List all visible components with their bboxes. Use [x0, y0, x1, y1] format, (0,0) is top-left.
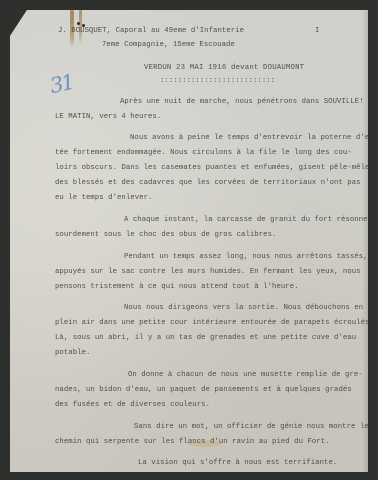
paragraph-line: des fusées et de diverses couleurs.	[55, 401, 210, 409]
document-title: VERDUN 23 MAI 1916 devant DOUAUMONT	[144, 64, 304, 72]
paragraph-line: LE MATIN, vers 4 heures.	[55, 113, 161, 121]
pinhole-mark	[77, 22, 80, 25]
handwritten-number: 31	[48, 70, 75, 98]
paragraph-line: potable.	[55, 349, 90, 357]
paragraph-line: sourdement sous le choc des obus de gros…	[55, 231, 276, 239]
paragraph-line: eu le temps d'enlever.	[55, 194, 152, 202]
title-underline: ::::::::::::::::::::::::::	[160, 77, 275, 85]
paragraph-line: plein air dans une petite cour intérieur…	[55, 319, 369, 327]
paper-edge-shadow	[362, 10, 368, 472]
page-number: I	[315, 27, 319, 35]
paragraph-line: Là, sous un abri, il y a un tas de grena…	[55, 334, 356, 342]
paragraph-line: A chaque instant, la carcasse de granit …	[124, 216, 368, 224]
paragraph-line: appuyés sur le sac contre les murs humid…	[55, 268, 361, 276]
paragraph-line: Après une nuit de marche, nous pénétrons…	[120, 98, 364, 106]
author-line: J. BOUSQUET, Caporal au 49eme d'Infanter…	[58, 27, 244, 35]
paragraph-line: pensons tristement à ce qui nous attend …	[55, 283, 299, 291]
paragraph-line: tée fortement endommagée. Nous circulons…	[55, 149, 352, 157]
paragraph-line: On donne à chacun de nous une musette re…	[128, 371, 363, 379]
paragraph-line: des blessés et des cadavres que les corv…	[55, 179, 361, 187]
paragraph-line: La vision qui s'offre à nous est terrifi…	[138, 459, 337, 467]
paragraph-line: loirs obscurs. Dans les casemates puante…	[55, 164, 369, 172]
paragraph-line: Nous avons à peine le temps d'entrevoir …	[130, 134, 378, 142]
paragraph-line: nades, un bidon d'eau, un paquet de pans…	[55, 386, 352, 394]
paragraph-line: Pendant un temps assez long, nous nous a…	[124, 253, 368, 261]
unit-line: 7eme Compagnie, 15eme Escouade	[102, 41, 235, 49]
paragraph-line: chemin qui serpente sur les flancs d'un …	[55, 438, 330, 446]
paragraph-line: Nous nous dirigeons vers la sortie. Nous…	[124, 304, 363, 312]
paragraph-line: Sans dire un mot, un officier de génie n…	[134, 423, 369, 431]
typewritten-page: 31 J. BOUSQUET, Caporal au 49eme d'Infan…	[10, 10, 368, 472]
